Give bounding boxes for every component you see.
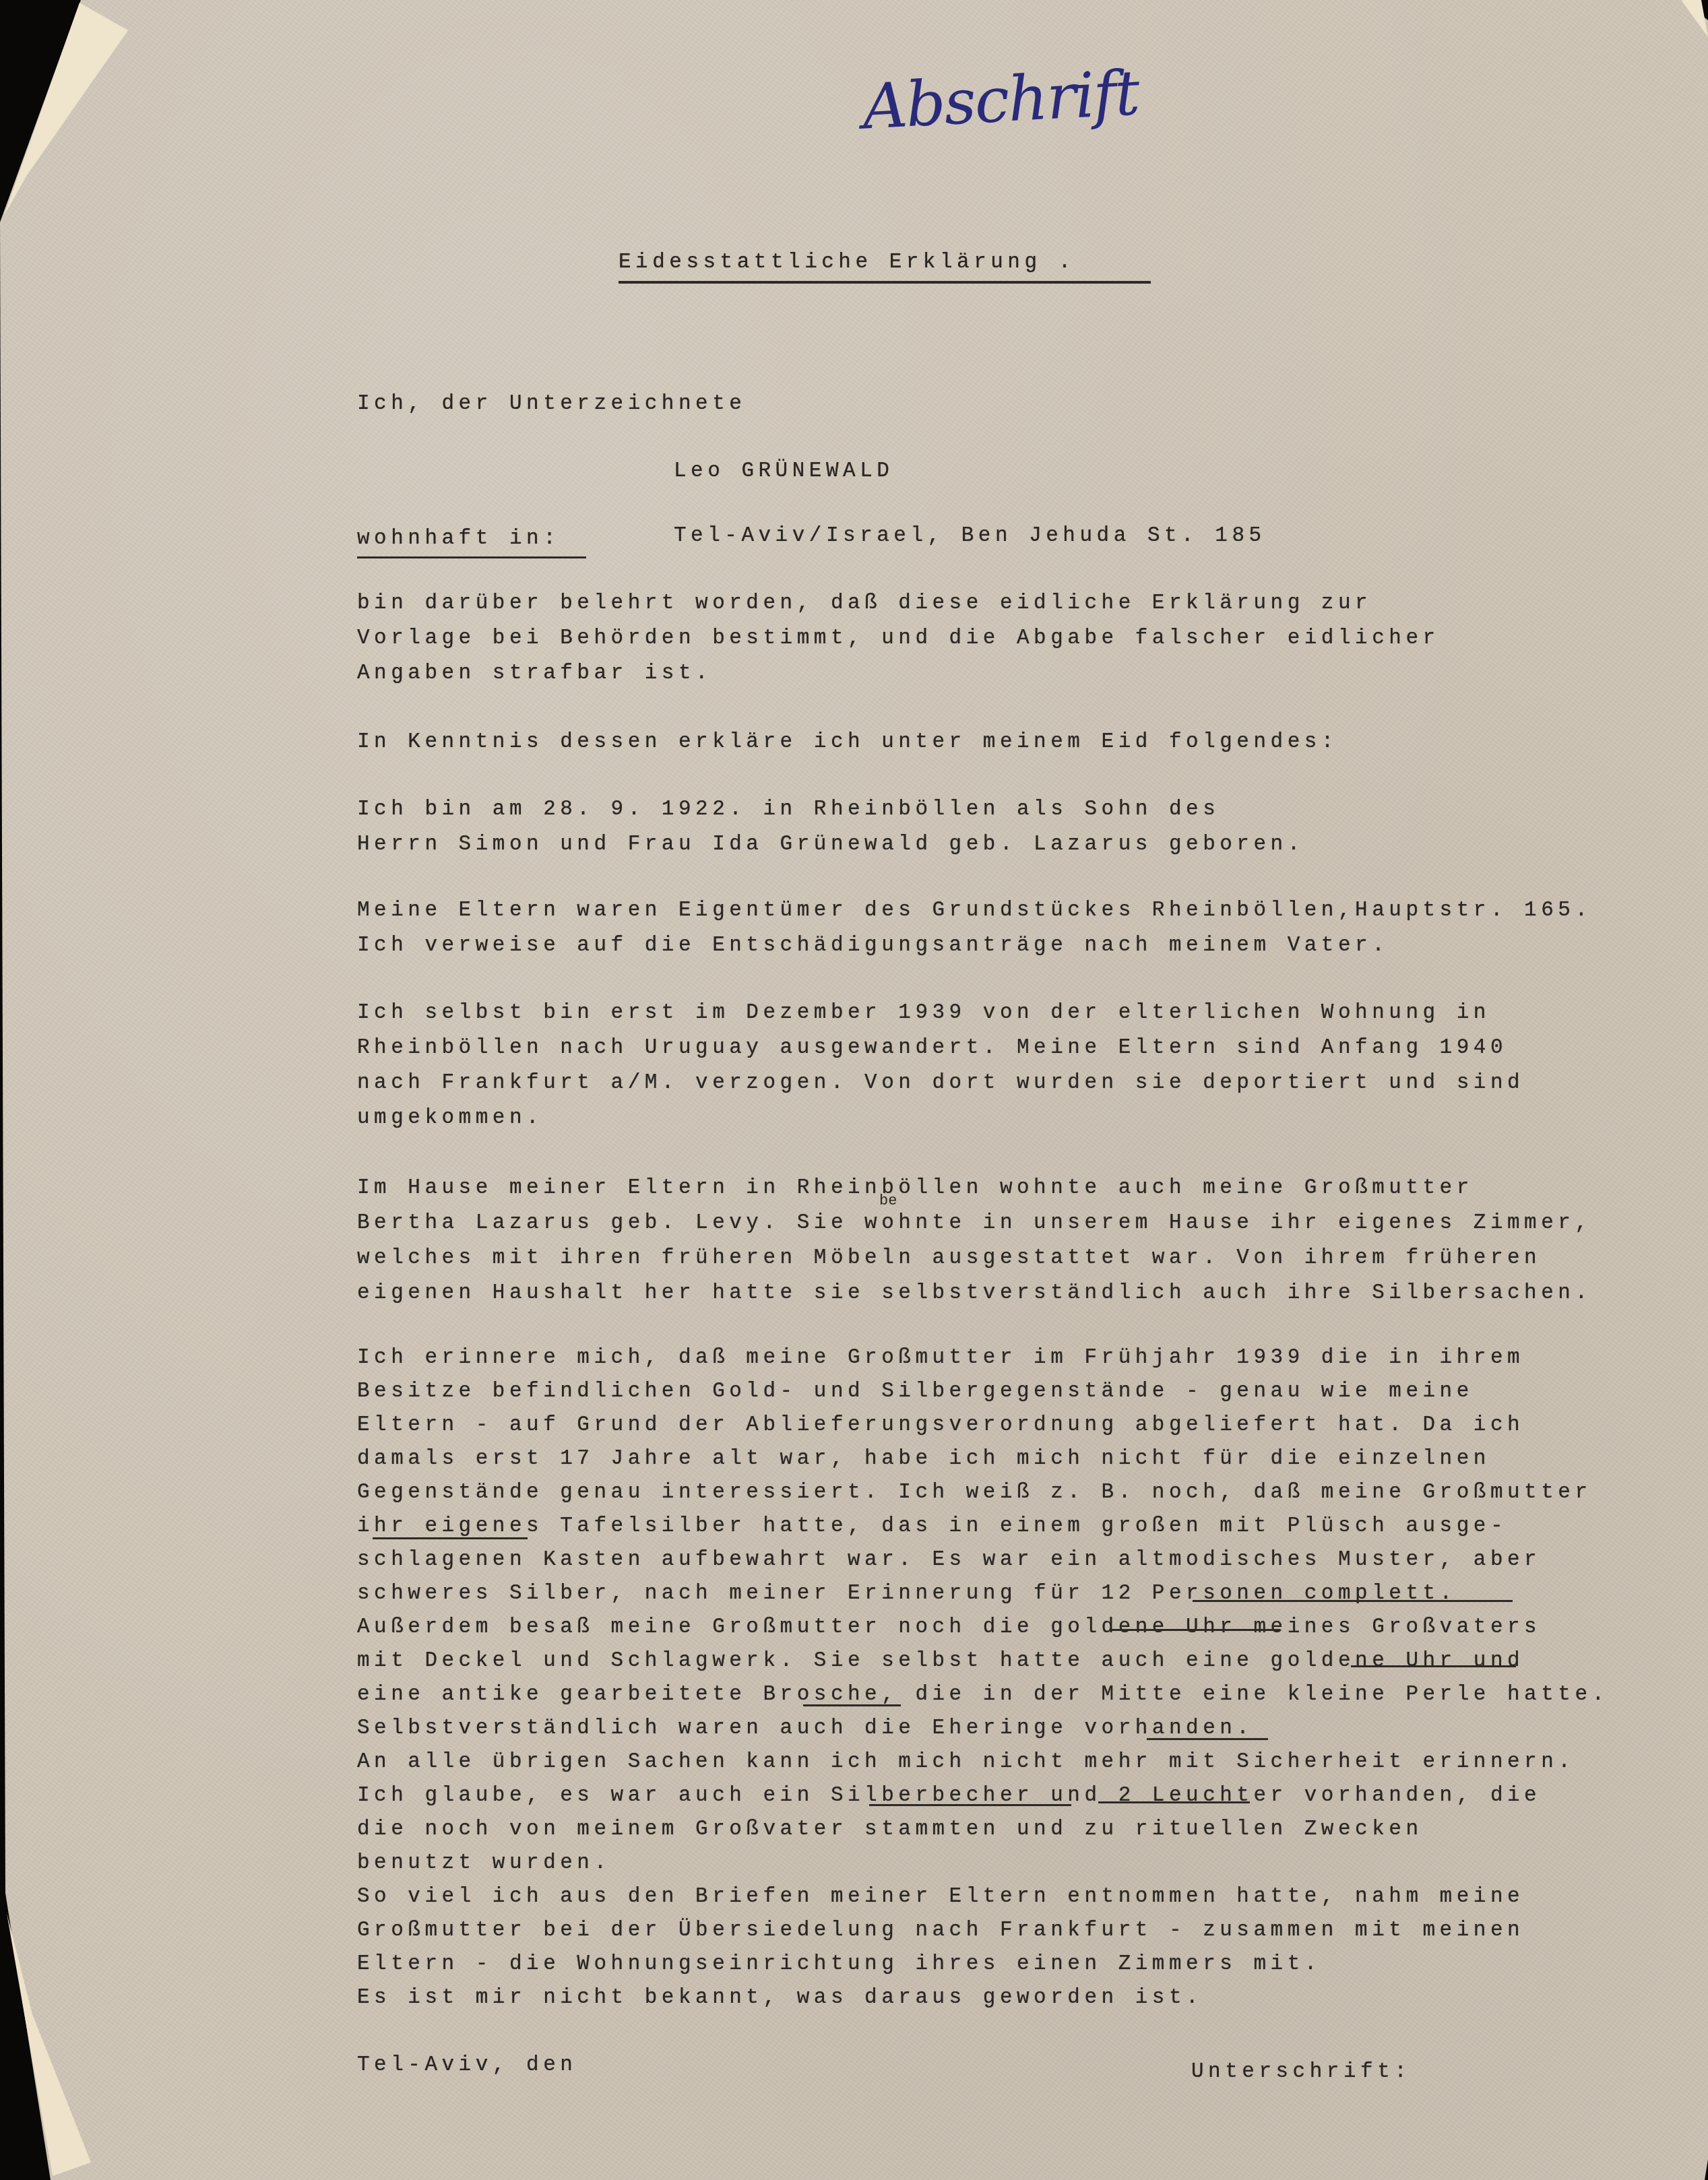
underline-2-leuchter (1098, 1801, 1250, 1803)
underline-goldene-uhr-1 (1112, 1629, 1280, 1631)
underline-brosche (803, 1704, 901, 1706)
text-line: welches mit ihren früheren Möbeln ausges… (357, 1241, 1541, 1276)
text-line: eine antike gearbeitete Brosche, die in … (357, 1677, 1609, 1712)
text-line: Ich glaube, es war auch ein Silberbecher… (357, 1778, 1541, 1814)
text-line: Ich erinnere mich, daß meine Großmutter … (357, 1341, 1524, 1376)
text-line: Gegenstände genau interessiert. Ich weiß… (357, 1475, 1592, 1510)
underline-tafelsilber (373, 1537, 528, 1539)
text-line: Großmutter bei der Übersiedelung nach Fr… (357, 1913, 1524, 1948)
text-line: So viel ich aus den Briefen meiner Elter… (357, 1880, 1524, 1915)
text-line: Außerdem besaß meine Großmutter noch die… (357, 1610, 1541, 1645)
text-line: damals erst 17 Jahre alt war, habe ich m… (357, 1442, 1490, 1477)
handwritten-annotation: Abschrift (860, 57, 1140, 143)
signature-label: Unterschrift: (1191, 2055, 1411, 2090)
text-line: Besitze befindlichen Gold- und Silbergeg… (357, 1374, 1474, 1409)
text-line: An alle übrigen Sachen kann ich mich nic… (357, 1745, 1575, 1780)
text-line: eigenen Haushalt her hatte sie selbstver… (357, 1276, 1592, 1311)
text-line: Ich bin am 28. 9. 1922. in Rheinböllen a… (357, 792, 1220, 827)
text-line: Eltern - die Wohnungseinrichtung ihres e… (357, 1947, 1321, 1982)
text-line: schweres Silber, nach meiner Erinnerung … (357, 1576, 1457, 1611)
text-line: benutzt wurden. (357, 1846, 611, 1881)
declarant-name: Leo GRÜNEWALD (674, 454, 893, 489)
intro-line: Ich, der Unterzeichnete (357, 387, 746, 422)
text-line: Angaben strafbar ist. (357, 656, 712, 691)
text-line: Ich selbst bin erst im Dezember 1939 von… (357, 996, 1490, 1031)
place-date-label: Tel-Aviv, den (357, 2048, 577, 2083)
text-line: Es ist mir nicht bekannt, was daraus gew… (357, 1981, 1203, 2016)
text-line: Selbstverständlich waren auch die Eherin… (357, 1711, 1253, 1746)
text-line: schlagenen Kasten aufbewahrt war. Es war… (357, 1543, 1541, 1578)
underline-goldene-uhr-2 (1351, 1665, 1516, 1667)
text-line: Bertha Lazarus geb. Levy. Sie wohnte in … (357, 1206, 1592, 1241)
underline-eheringe (1147, 1738, 1268, 1740)
text-line: bin darüber belehrt worden, daß diese ei… (357, 586, 1372, 621)
text-line: mit Deckel und Schlagwerk. Sie selbst ha… (357, 1644, 1524, 1679)
oath-statement: In Kenntnis dessen erkläre ich unter mei… (357, 725, 1338, 760)
text-line: die noch von meinem Großvater stammten u… (357, 1812, 1423, 1847)
text-line: Herrn Simon und Frau Ida Grünewald geb. … (357, 827, 1304, 862)
text-line: Meine Eltern waren Eigentümer des Grunds… (357, 893, 1592, 928)
underline-12-personen (1193, 1600, 1513, 1602)
text-line: ihr eigenes Tafelsilber hatte, das in ei… (357, 1509, 1507, 1544)
text-line: Vorlage bei Behörden bestimmt, und die A… (357, 621, 1440, 656)
text-line: Rheinböllen nach Uruguay ausgewandert. M… (357, 1031, 1507, 1066)
text-line: Im Hause meiner Eltern in Rheinböllen wo… (357, 1171, 1474, 1206)
text-line: nach Frankfurt a/M. verzogen. Von dort w… (357, 1066, 1524, 1101)
residence-label-underline (357, 556, 586, 558)
underline-silberbecher (869, 1804, 1071, 1806)
text-line: Eltern - auf Grund der Ablieferungsveror… (357, 1408, 1524, 1443)
document-title: Eidesstattliche Erklärung . (619, 251, 1075, 274)
residence-label: wohnhaft in: (357, 521, 560, 556)
residence-value: Tel-Aviv/Israel, Ben Jehuda St. 185 (674, 519, 1266, 554)
text-line: umgekommen. (357, 1101, 543, 1136)
text-line: Ich verweise auf die Entschädigungsanträ… (357, 928, 1389, 963)
title-underline (619, 281, 1151, 284)
